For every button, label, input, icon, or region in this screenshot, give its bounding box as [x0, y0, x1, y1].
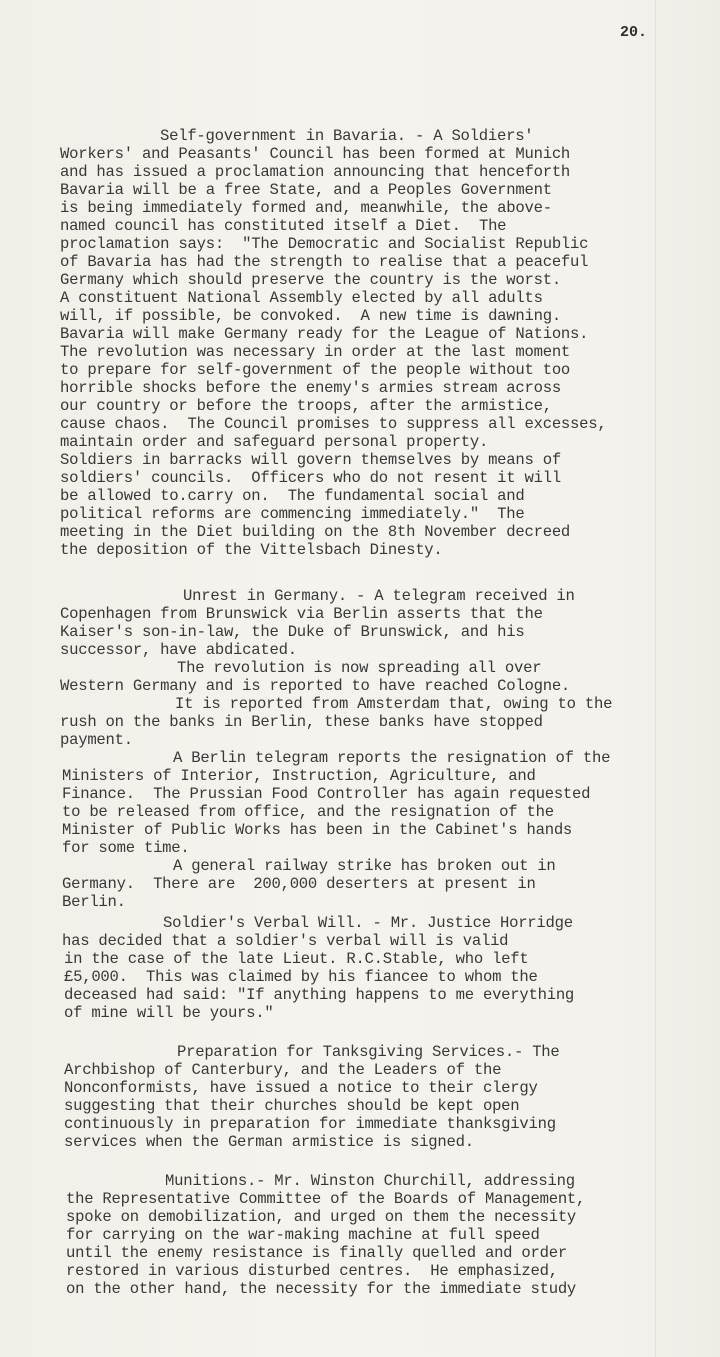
text-line: on the other hand, the necessity for the… — [66, 1280, 576, 1298]
text-line: Unrest in Germany. - A telegram received… — [183, 587, 575, 605]
text-line: for carrying on the war-making machine a… — [66, 1226, 540, 1244]
text-line: The revolution was necessary in order at… — [60, 343, 570, 361]
text-line: Germany. There are 200,000 deserters at … — [62, 875, 536, 893]
text-line: Nonconformists, have issued a notice to … — [64, 1079, 538, 1097]
text-line: will, if possible, be convoked. A new ti… — [60, 307, 561, 325]
text-line: of mine will be yours." — [64, 1004, 273, 1022]
text-line: for some time. — [62, 839, 190, 857]
text-line: Copenhagen from Brunswick via Berlin ass… — [60, 605, 543, 623]
document-page: 20. Self-government in Bavaria. - A Sold… — [0, 0, 720, 1357]
text-line: restored in various disturbed centres. H… — [66, 1262, 558, 1280]
text-line: horrible shocks before the enemy's armie… — [60, 379, 561, 397]
text-line: named council has constituted itself a D… — [60, 217, 506, 235]
text-line: A general railway strike has broken out … — [173, 857, 556, 875]
text-line: spoke on demobilization, and urged on th… — [66, 1208, 576, 1226]
text-line: The revolution is now spreading all over — [177, 659, 541, 677]
text-line: Bavaria will be a free State, and a Peop… — [60, 181, 552, 199]
text-line: Workers' and Peasants' Council has been … — [60, 145, 570, 163]
text-line: to be released from office, and the resi… — [62, 803, 554, 821]
text-line: Ministers of Interior, Instruction, Agri… — [62, 767, 536, 785]
text-line: payment. — [60, 731, 133, 749]
text-line: political reforms are commencing immedia… — [60, 505, 525, 523]
text-line: Berlin. — [62, 893, 126, 911]
text-line: A constituent National Assembly elected … — [60, 289, 543, 307]
text-line: and has issued a proclamation announcing… — [60, 163, 570, 181]
text-line: the Representative Committee of the Boar… — [66, 1190, 585, 1208]
text-line: Kaiser's son-in-law, the Duke of Brunswi… — [60, 623, 525, 641]
text-line: Preparation for Tanksgiving Services.- T… — [177, 1043, 560, 1061]
text-line: until the enemy resistance is finally qu… — [66, 1244, 567, 1262]
text-line: meeting in the Diet building on the 8th … — [60, 523, 570, 541]
text-line: Archbishop of Canterbury, and the Leader… — [64, 1061, 501, 1079]
text-line: Self-government in Bavaria. - A Soldiers… — [160, 127, 533, 145]
text-line: in the case of the late Lieut. R.C.Stabl… — [64, 950, 529, 968]
text-line: is being immediately formed and, meanwhi… — [60, 199, 552, 217]
text-line: Soldiers in barracks will govern themsel… — [60, 451, 561, 469]
text-line: rush on the banks in Berlin, these banks… — [60, 713, 543, 731]
text-line: Bavaria will make Germany ready for the … — [60, 325, 588, 343]
text-line: Finance. The Prussian Food Controller ha… — [62, 785, 590, 803]
text-line: deceased had said: "If anything happens … — [64, 986, 574, 1004]
text-line: continuously in preparation for immediat… — [64, 1115, 556, 1133]
text-line: £5,000. This was claimed by his fiancee … — [64, 968, 538, 986]
text-line: Western Germany and is reported to have … — [60, 677, 570, 695]
text-line: Germany which should preserve the countr… — [60, 271, 561, 289]
text-line: to prepare for self-government of the pe… — [60, 361, 570, 379]
text-line: of Bavaria has had the strength to reali… — [60, 253, 588, 271]
text-line: cause chaos. The Council promises to sup… — [60, 415, 606, 433]
text-line: proclamation says: "The Democratic and S… — [60, 235, 588, 253]
text-line: Soldier's Verbal Will. - Mr. Justice Hor… — [163, 914, 573, 932]
text-line: maintain order and safeguard personal pr… — [60, 433, 488, 451]
text-line: has decided that a soldier's verbal will… — [62, 932, 508, 950]
text-line: Minister of Public Works has been in the… — [62, 821, 572, 839]
text-line: our country or before the troops, after … — [60, 397, 552, 415]
text-line: Munitions.- Mr. Winston Churchill, addre… — [165, 1172, 575, 1190]
text-line: It is reported from Amsterdam that, owin… — [175, 695, 612, 713]
text-line: soldiers' councils. Officers who do not … — [60, 469, 561, 487]
text-line: services when the German armistice is si… — [64, 1133, 474, 1151]
text-line: the deposition of the Vittelsbach Dinest… — [60, 541, 443, 559]
text-line: A Berlin telegram reports the resignatio… — [173, 749, 610, 767]
text-line: successor, have abdicated. — [60, 641, 297, 659]
page-number: 20. — [620, 24, 647, 41]
text-line: be allowed to.carry on. The fundamental … — [60, 487, 525, 505]
paper-fold-line — [655, 0, 656, 1357]
text-line: suggesting that their churches should be… — [64, 1097, 519, 1115]
